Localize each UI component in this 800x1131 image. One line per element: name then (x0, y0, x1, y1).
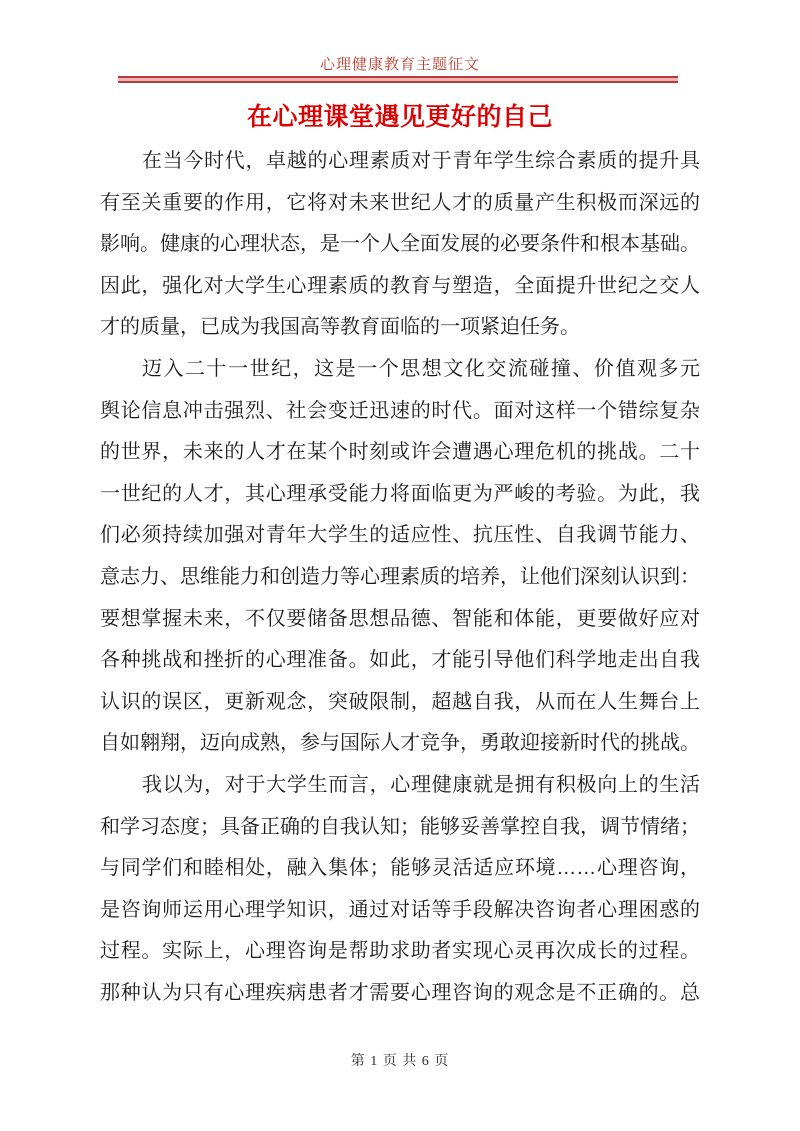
body-line: 和学习态度；具备正确的自我认知；能够妥善掌控自我，调节情绪； (100, 807, 700, 849)
body-line: 一世纪的人才，其心理承受能力将面临更为严峻的考验。为此，我 (100, 474, 700, 516)
body-line: 那种认为只有心理疾病患者才需要心理咨询的观念是不正确的。总 (100, 973, 700, 1015)
body-line: 舆论信息冲击强烈、社会变迁迅速的时代。面对这样一个错综复杂 (100, 391, 700, 433)
body-line: 我以为，对于大学生而言，心理健康就是拥有积极向上的生活 (100, 765, 700, 807)
document-page: 心理健康教育主题征文 在心理课堂遇见更好的自己 在当今时代，卓越的心理素质对于青… (0, 0, 800, 1131)
body-line: 各种挑战和挫折的心理准备。如此，才能引导他们科学地走出自我 (100, 640, 700, 682)
page-footer: 第 1 页 共 6 页 (0, 1050, 800, 1070)
header-double-rule (118, 76, 678, 83)
body-line: 过程。实际上，心理咨询是帮助求助者实现心灵再次成长的过程。 (100, 931, 700, 973)
body-line: 意志力、思维能力和创造力等心理素质的培养，让他们深刻认识到： (100, 557, 700, 599)
paragraph: 我以为，对于大学生而言，心理健康就是拥有积极向上的生活和学习态度；具备正确的自我… (100, 765, 700, 1015)
body-line: 才的质量，已成为我国高等教育面临的一项紧迫任务。 (100, 307, 700, 349)
body-line: 迈入二十一世纪，这是一个思想文化交流碰撞、价值观多元化、 (100, 349, 700, 391)
body-line: 们必须持续加强对青年大学生的适应性、抗压性、自我调节能力、 (100, 515, 700, 557)
document-header-title: 心理健康教育主题征文 (0, 53, 800, 74)
page-title: 在心理课堂遇见更好的自己 (0, 97, 800, 133)
body-line: 的世界，未来的人才在某个时刻或许会遭遇心理危机的挑战。二十 (100, 432, 700, 474)
body-line: 与同学们和睦相处，融入集体；能够灵活适应环境……心理咨询， (100, 848, 700, 890)
body-line: 因此，强化对大学生心理素质的教育与塑造，全面提升世纪之交人 (100, 266, 700, 308)
body-line: 是咨询师运用心理学知识，通过对话等手段解决咨询者心理困惑的 (100, 890, 700, 932)
body-text: 在当今时代，卓越的心理素质对于青年学生综合素质的提升具有至关重要的作用，它将对未… (100, 141, 700, 1014)
paragraph: 迈入二十一世纪，这是一个思想文化交流碰撞、价值观多元化、舆论信息冲击强烈、社会变… (100, 349, 700, 765)
paragraph: 在当今时代，卓越的心理素质对于青年学生综合素质的提升具有至关重要的作用，它将对未… (100, 141, 700, 349)
body-line: 在当今时代，卓越的心理素质对于青年学生综合素质的提升具 (100, 141, 700, 183)
body-line: 自如翱翔，迈向成熟，参与国际人才竞争，勇敢迎接新时代的挑战。 (100, 723, 700, 765)
body-line: 要想掌握未来，不仅要储备思想品德、智能和体能，更要做好应对 (100, 599, 700, 641)
page-number: 第 1 页 共 6 页 (351, 1054, 450, 1069)
body-line: 认识的误区，更新观念，突破限制，超越自我，从而在人生舞台上 (100, 682, 700, 724)
body-line: 有至关重要的作用，它将对未来世纪人才的质量产生积极而深远的 (100, 183, 700, 225)
body-line: 影响。健康的心理状态，是一个人全面发展的必要条件和根本基础。 (100, 224, 700, 266)
